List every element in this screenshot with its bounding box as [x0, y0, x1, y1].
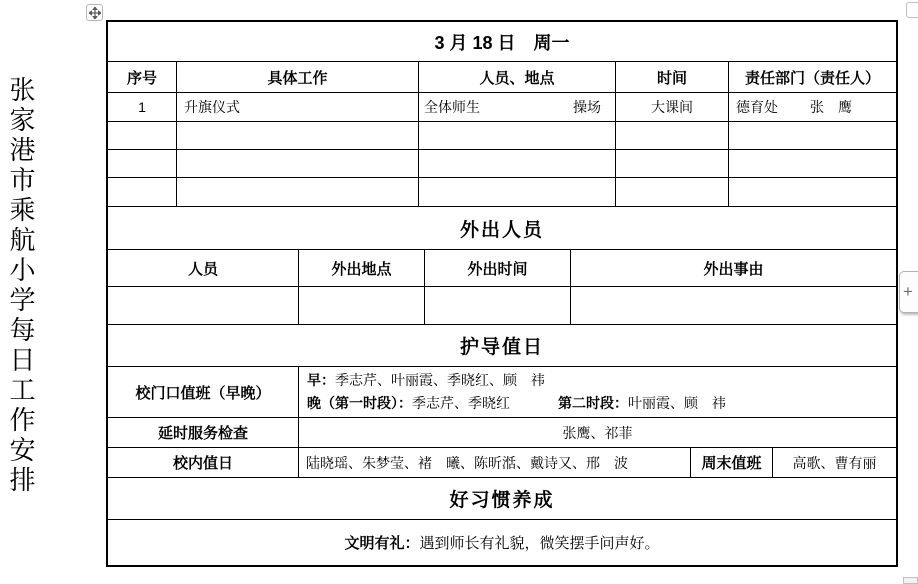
campus-duty-row: 校内值日 陆晓瑶、朱梦莹、褚 曦、陈昕湉、戴诗又、邢 波 周末值班 高歌、曹有丽: [108, 448, 896, 478]
main-header-row: 序号 具体工作 人员、地点 时间 责任部门（责任人）: [108, 62, 896, 93]
header-time[interactable]: 时间: [616, 62, 729, 92]
people-text: 全体师生: [424, 97, 480, 117]
habit-title-cell[interactable]: 好习惯养成: [108, 478, 896, 519]
empty-cell[interactable]: [425, 287, 571, 324]
delay-check-names[interactable]: 张鹰、祁菲: [299, 418, 896, 447]
outing-header-time[interactable]: 外出时间: [425, 250, 571, 286]
plus-icon: +: [903, 282, 913, 302]
weekend-duty-names[interactable]: 高歌、曹有丽: [773, 448, 896, 477]
header-people-place[interactable]: 人员、地点: [419, 62, 616, 92]
empty-cell[interactable]: [729, 178, 896, 206]
evening-label: 晚（第一时段）：: [307, 395, 412, 411]
cell-time[interactable]: 大课间: [616, 93, 729, 121]
evening-names: 季志芹、季晓红: [412, 395, 510, 411]
header-no[interactable]: 序号: [108, 62, 177, 92]
empty-cell[interactable]: [419, 122, 616, 149]
habit-title-row: 好习惯养成: [108, 478, 896, 520]
work-row-2: [108, 122, 896, 150]
duty-title-row: 护导值日: [108, 325, 896, 367]
empty-cell[interactable]: [616, 150, 729, 177]
table-move-handle[interactable]: [86, 4, 103, 21]
empty-cell[interactable]: [177, 150, 419, 177]
person-text: 张 鹰: [810, 97, 852, 117]
cell-no[interactable]: 1: [108, 93, 177, 121]
outing-header-row: 人员 外出地点 外出时间 外出事由: [108, 250, 896, 287]
empty-cell[interactable]: [419, 178, 616, 206]
scroll-bottom-button[interactable]: [903, 577, 918, 584]
habit-title: 好习惯养成: [449, 485, 554, 512]
empty-cell[interactable]: [108, 178, 177, 206]
habit-content-row: 文明有礼：遇到师长有礼貌，微笑摆手问声好。: [108, 520, 896, 565]
outing-title: 外出人员: [460, 215, 544, 242]
habit-item-label: 文明有礼：: [344, 532, 419, 553]
campus-duty-label[interactable]: 校内值日: [108, 448, 299, 477]
duty-title-cell[interactable]: 护导值日: [108, 325, 896, 366]
second-period-label: 第二时段：: [558, 395, 628, 411]
outing-header-reason[interactable]: 外出事由: [571, 250, 896, 286]
daily-schedule-table: 3 月 18 日 周一 序号 具体工作 人员、地点 时间 责任部门（责任人） 1…: [106, 20, 898, 567]
empty-cell[interactable]: [177, 122, 419, 149]
gate-duty-row: 校门口值班（早晚） 早：季志芹、叶丽霞、季晓红、顾 祎 晚（第一时段）：季志芹、…: [108, 367, 896, 418]
header-work[interactable]: 具体工作: [177, 62, 419, 92]
work-row-4: [108, 178, 896, 207]
outing-header-place[interactable]: 外出地点: [299, 250, 425, 286]
morning-names: 季志芹、叶丽霞、季晓红、顾 祎: [335, 372, 545, 388]
habit-content-cell[interactable]: 文明有礼：遇到师长有礼貌，微笑摆手问声好。: [108, 520, 896, 565]
empty-cell[interactable]: [729, 122, 896, 149]
vertical-doc-title[interactable]: 张家港市乘航小学每日工作安排: [7, 76, 33, 496]
work-row-3: [108, 150, 896, 178]
duty-title: 护导值日: [460, 332, 544, 359]
empty-cell[interactable]: [299, 287, 425, 324]
empty-cell[interactable]: [108, 122, 177, 149]
add-page-button[interactable]: +: [899, 271, 918, 313]
empty-cell[interactable]: [616, 122, 729, 149]
date-title-cell[interactable]: 3 月 18 日 周一: [108, 22, 896, 61]
cell-people-place[interactable]: 全体师生 操场: [419, 93, 616, 121]
outing-header-people[interactable]: 人员: [108, 250, 299, 286]
empty-cell[interactable]: [729, 150, 896, 177]
delay-check-row: 延时服务检查 张鹰、祁菲: [108, 418, 896, 448]
empty-cell[interactable]: [419, 150, 616, 177]
empty-cell[interactable]: [616, 178, 729, 206]
weekend-duty-label[interactable]: 周末值班: [691, 448, 773, 477]
cell-dept[interactable]: 德育处 张 鹰: [729, 93, 896, 121]
place-text: 操场: [573, 97, 601, 117]
outing-empty-row: [108, 287, 896, 325]
delay-check-label[interactable]: 延时服务检查: [108, 418, 299, 447]
campus-duty-names[interactable]: 陆晓瑶、朱梦莹、褚 曦、陈昕湉、戴诗又、邢 波: [299, 448, 691, 477]
date-title: 3 月 18 日 周一: [434, 29, 569, 55]
outing-title-cell[interactable]: 外出人员: [108, 207, 896, 249]
gate-duty-label[interactable]: 校门口值班（早晚）: [108, 367, 299, 417]
empty-cell[interactable]: [108, 150, 177, 177]
cell-work[interactable]: 升旗仪式: [177, 93, 419, 121]
scroll-top-button[interactable]: [906, 2, 918, 18]
date-title-row: 3 月 18 日 周一: [108, 22, 896, 62]
gate-morning-line: 早：季志芹、叶丽霞、季晓红、顾 祎: [307, 369, 545, 392]
morning-label: 早：: [307, 372, 335, 388]
dept-text: 德育处: [736, 97, 778, 117]
document-canvas: 张家港市乘航小学每日工作安排 3 月 18 日 周一 序号 具体工作 人员、地点: [0, 0, 918, 584]
empty-cell[interactable]: [571, 287, 896, 324]
gate-evening-line: 晚（第一时段）：季志芹、季晓红第二时段：叶丽霞、顾 祎: [307, 392, 726, 415]
work-row-1: 1 升旗仪式 全体师生 操场 大课间 德育处 张 鹰: [108, 93, 896, 122]
second-period-names: 叶丽霞、顾 祎: [628, 395, 726, 411]
empty-cell[interactable]: [177, 178, 419, 206]
outing-title-row: 外出人员: [108, 207, 896, 250]
header-dept[interactable]: 责任部门（责任人）: [729, 62, 896, 92]
gate-duty-content[interactable]: 早：季志芹、叶丽霞、季晓红、顾 祎 晚（第一时段）：季志芹、季晓红第二时段：叶丽…: [299, 367, 896, 417]
habit-item-text: 遇到师长有礼貌，微笑摆手问声好。: [420, 532, 660, 553]
empty-cell[interactable]: [108, 287, 299, 324]
move-arrows-icon: [89, 7, 101, 19]
